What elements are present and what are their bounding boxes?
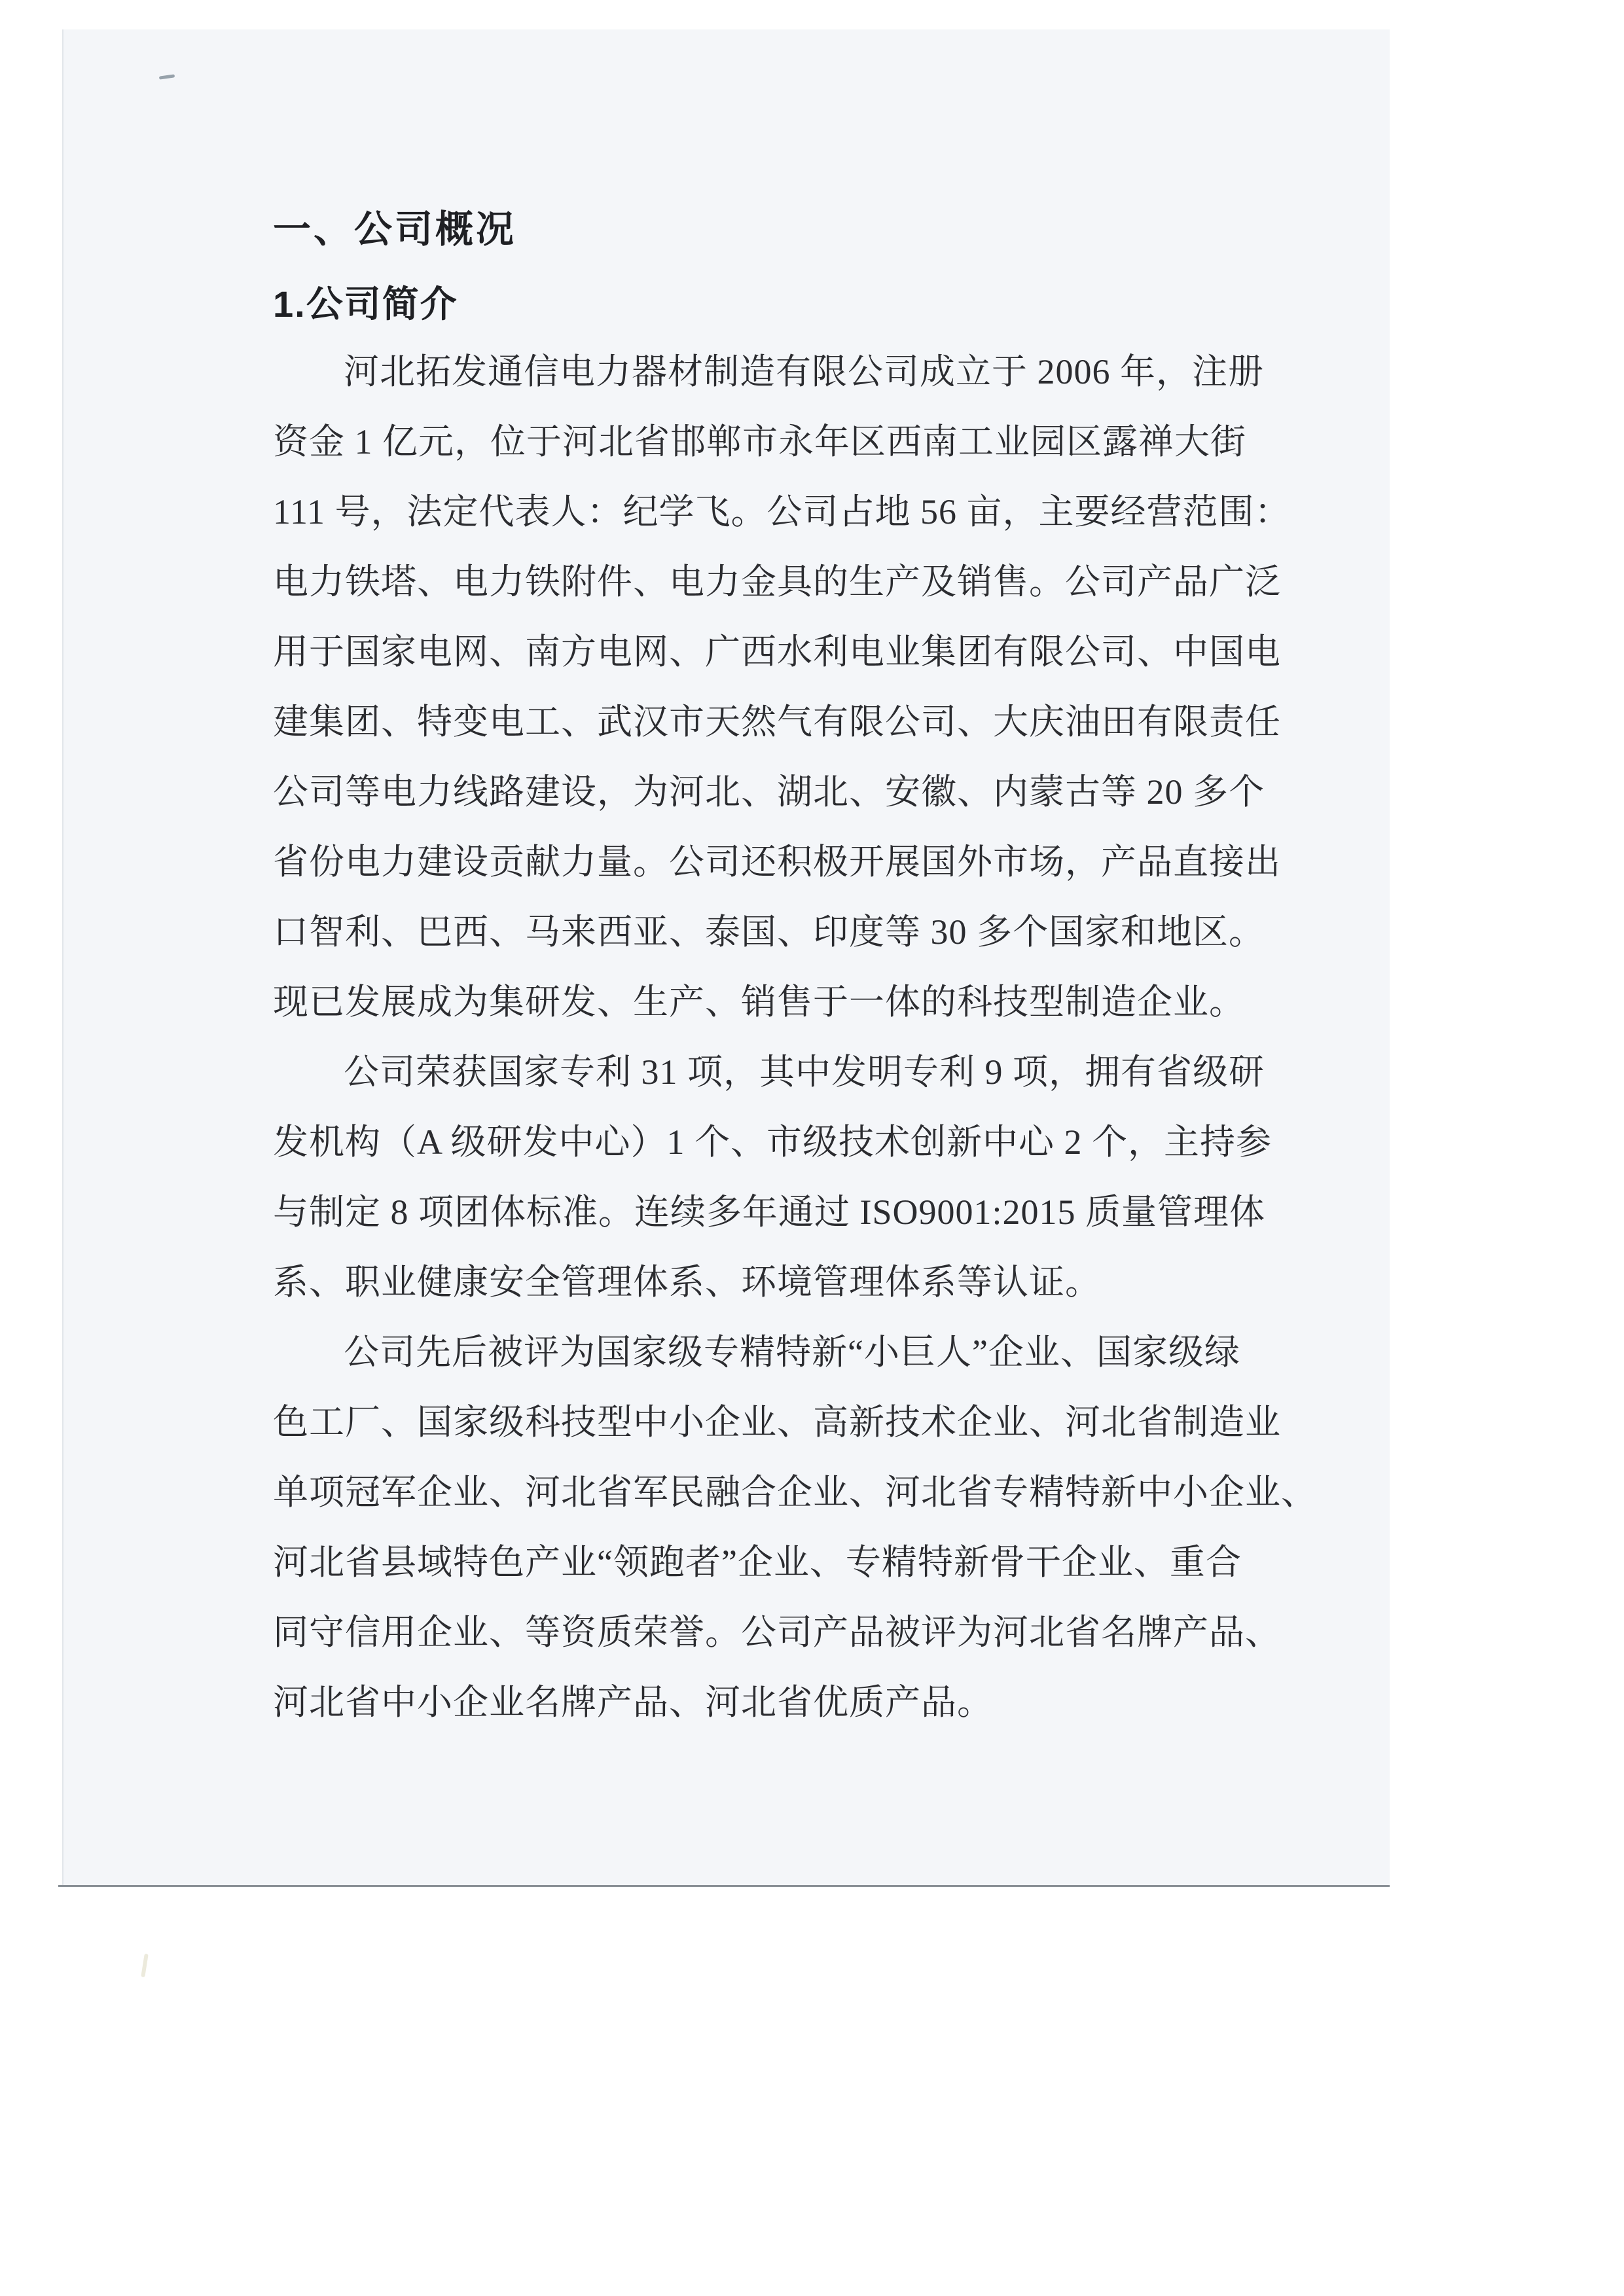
document-page: 一、公司概况 1.公司简介 河北拓发通信电力器材制造有限公司成立于 2006 年… — [62, 29, 1390, 1887]
text-line: 同守信用企业、等资质荣誉。公司产品被评为河北省名牌产品、 — [273, 1598, 1240, 1668]
text-line: 与制定 8 项团体标准。连续多年通过 ISO9001:2015 质量管理体 — [273, 1177, 1240, 1247]
text-line: 河北省县域特色产业“领跑者”企业、专精特新骨干企业、重合 — [273, 1528, 1240, 1598]
text-line: 资金 1 亿元，位于河北省邯郸市永年区西南工业园区露禅大街 — [273, 407, 1240, 477]
text-line: 公司等电力线路建设，为河北、湖北、安徽、内蒙古等 20 多个 — [273, 757, 1240, 827]
text-line: 河北拓发通信电力器材制造有限公司成立于 2006 年，注册 — [273, 337, 1240, 407]
sub-heading: 1.公司简介 — [273, 276, 458, 328]
text-line: 色工厂、国家级科技型中小企业、高新技术企业、河北省制造业 — [273, 1388, 1240, 1458]
body-text: 河北拓发通信电力器材制造有限公司成立于 2006 年，注册资金 1 亿元，位于河… — [273, 337, 1240, 1738]
text-line: 电力铁塔、电力铁附件、电力金具的生产及销售。公司产品广泛 — [273, 547, 1240, 617]
text-line: 公司荣获国家专利 31 项，其中发明专利 9 项，拥有省级研 — [273, 1037, 1240, 1107]
scan-artifact-tick — [141, 1954, 149, 1977]
scan-canvas: 一、公司概况 1.公司简介 河北拓发通信电力器材制造有限公司成立于 2006 年… — [0, 0, 1624, 2296]
text-line: 用于国家电网、南方电网、广西水利电业集团有限公司、中国电 — [273, 617, 1240, 687]
text-line: 公司先后被评为国家级专精特新“小巨人”企业、国家级绿 — [273, 1318, 1240, 1388]
text-line: 省份电力建设贡献力量。公司还积极开展国外市场，产品直接出 — [273, 827, 1240, 897]
page-bottom-edge — [58, 1885, 1390, 1887]
text-line: 111 号，法定代表人：纪学飞。公司占地 56 亩，主要经营范围： — [273, 477, 1240, 547]
text-line: 建集团、特变电工、武汉市天然气有限公司、大庆油田有限责任 — [273, 687, 1240, 757]
text-line: 现已发展成为集研发、生产、销售于一体的科技型制造企业。 — [273, 967, 1240, 1037]
scan-artifact-dash — [159, 74, 175, 79]
text-line: 口智利、巴西、马来西亚、泰国、印度等 30 多个国家和地区。 — [273, 897, 1240, 967]
section-heading: 一、公司概况 — [273, 198, 516, 253]
text-line: 单项冠军企业、河北省军民融合企业、河北省专精特新中小企业、 — [273, 1458, 1240, 1528]
text-line: 发机构（A 级研发中心）1 个、市级技术创新中心 2 个，主持参 — [273, 1107, 1240, 1177]
text-line: 系、职业健康安全管理体系、环境管理体系等认证。 — [273, 1247, 1240, 1318]
text-line: 河北省中小企业名牌产品、河北省优质产品。 — [273, 1668, 1240, 1738]
